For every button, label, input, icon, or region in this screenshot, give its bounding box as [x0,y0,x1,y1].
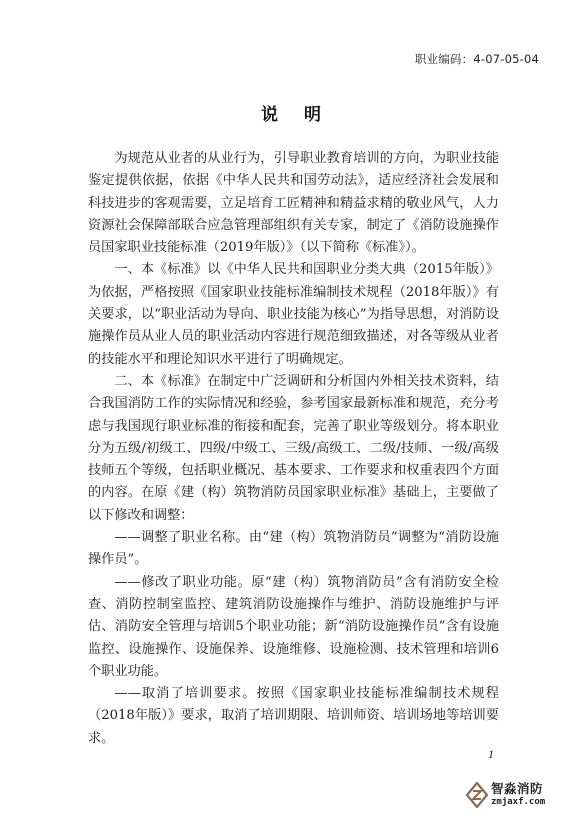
brand-url: zmjaxf.com [491,798,545,807]
paragraph-change-training: ——取消了培训要求。按照《国家职业技能标准编制技术规程（2018年版）》要求，取… [88,683,499,750]
brand-name: 智淼消防 [491,783,545,796]
paragraph-intro: 为规范从业者的从业行为，引导职业教育培训的方向，为职业技能鉴定提供依据，依据《中… [88,148,499,259]
diamond-z-logo-icon [466,782,488,808]
paragraph-change-name: ——调整了职业名称。由“建（构）筑物消防员”调整为“消防设施操作员”。 [88,527,499,572]
paragraph-one: 一、本《标准》以《中华人民共和国职业分类大典（2015年版）》为依据，严格按照《… [88,259,499,370]
paragraph-two: 二、本《标准》在制定中广泛调研和分析国内外相关技术资料，结合我国消防工作的实际情… [88,371,499,527]
paragraph-change-function: ——修改了职业功能。原“建（构）筑物消防员”含有消防安全检查、消防控制室监控、建… [88,572,499,683]
document-body: 为规范从业者的从业行为，引导职业教育培训的方向，为职业技能鉴定提供依据，依据《中… [88,148,499,750]
watermark-logo: 智淼消防 zmjaxf.com [466,782,545,808]
page-number: 1 [488,747,494,762]
page-title: 说明 [0,100,582,125]
occupation-code: 职业编码：4-07-05-04 [415,51,539,67]
